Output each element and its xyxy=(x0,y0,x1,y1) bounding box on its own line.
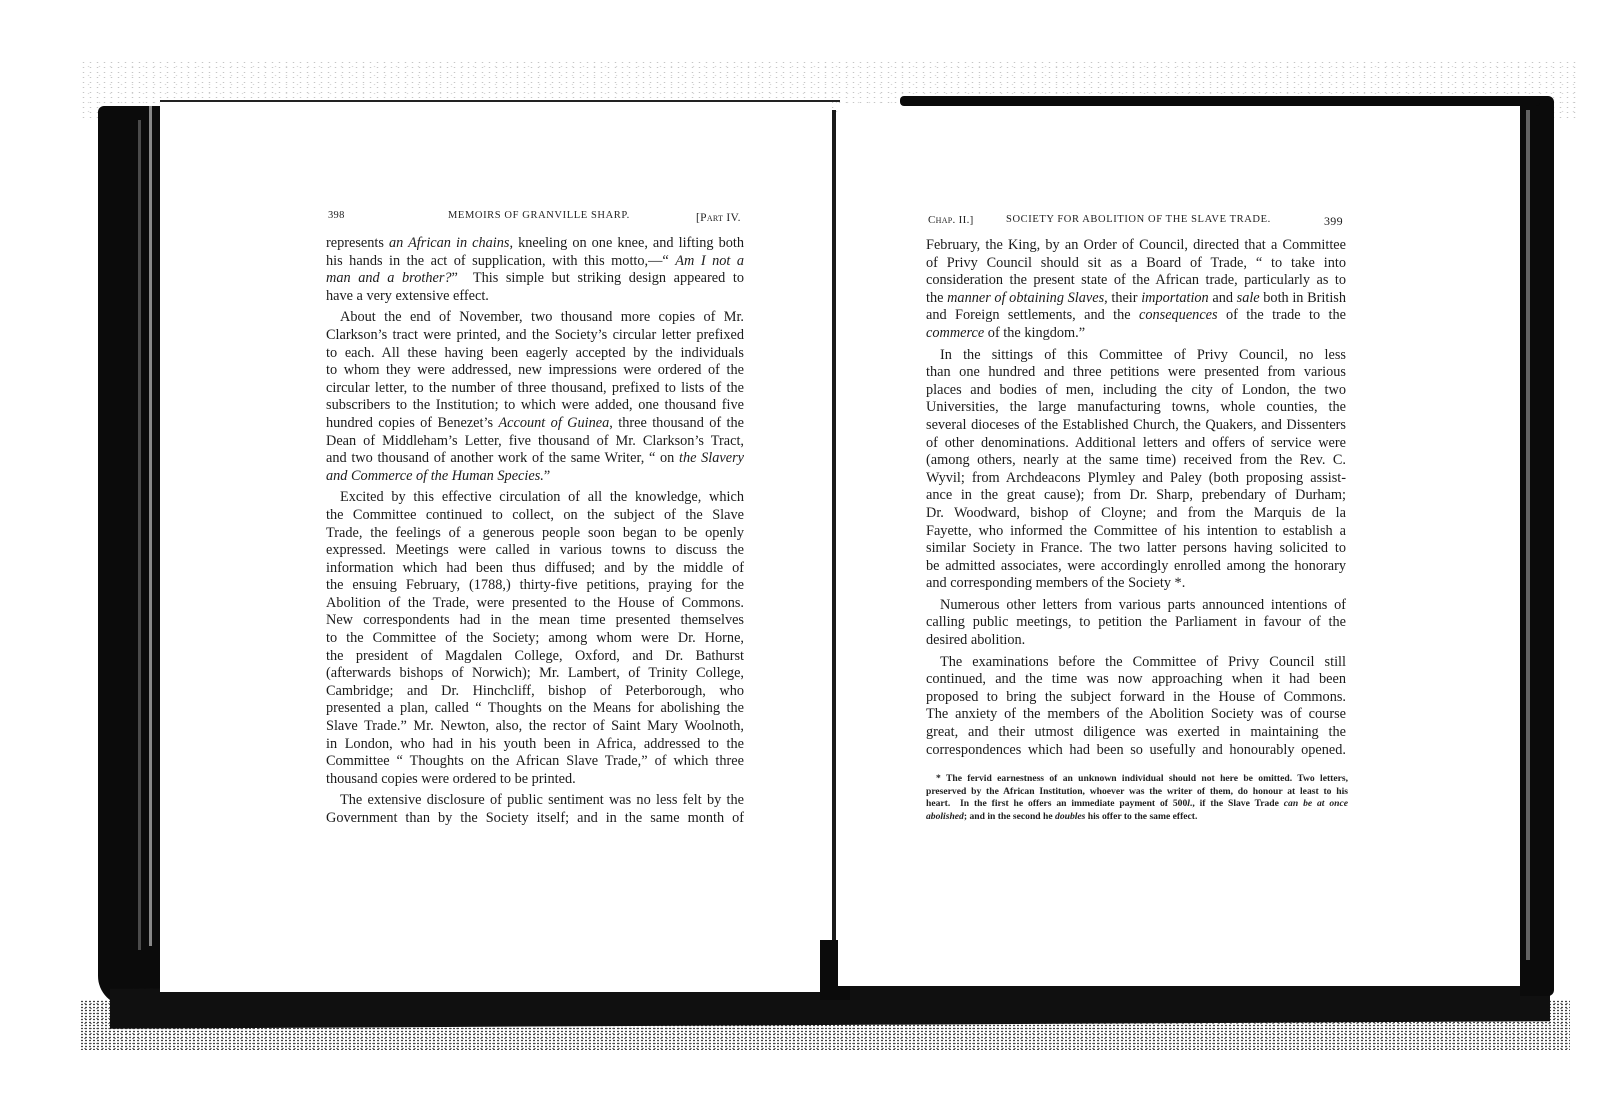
left-running-title: MEMOIRS OF GRANVILLE SHARP. xyxy=(448,210,630,221)
text-line: The anxiety of the members of the Abolit… xyxy=(926,706,1346,724)
text-line: presented a plan, called “ Thoughts on t… xyxy=(326,700,744,718)
text-line: Numerous other letters from various part… xyxy=(926,597,1346,615)
book-left-edge-highlight xyxy=(138,120,141,950)
text-line: to whom they were addressed, new impress… xyxy=(326,362,744,380)
text-line: Fayette, who informed the Committee of h… xyxy=(926,523,1346,541)
text-line: expressed. Meetings were called in vario… xyxy=(326,542,744,560)
text-line: The extensive disclosure of public senti… xyxy=(326,792,744,810)
text-line: circular letter, to the number of three … xyxy=(326,380,744,398)
text-line: proposed to bring the subject forward in… xyxy=(926,689,1346,707)
text-line: February, the King, by an Order of Counc… xyxy=(926,237,1346,255)
text-line: continued, and the time was now approach… xyxy=(926,671,1346,689)
text-line: Universities, the large manufacturing to… xyxy=(926,399,1346,417)
text-line: About the end of November, two thousand … xyxy=(326,309,744,327)
text-line: of other denominations. Additional lette… xyxy=(926,435,1346,453)
text-line: to each. All these having been eagerly a… xyxy=(326,345,744,363)
right-chapter-label: Chap. II.] xyxy=(928,214,974,226)
right-page: Chap. II.] SOCIETY FOR ABOLITION OF THE … xyxy=(838,106,1520,986)
text-line: and Commerce of the Human Species.” xyxy=(326,468,744,486)
text-line: his hands in the act of supplication, wi… xyxy=(326,253,744,271)
text-line: (among others, nearly at the same time) … xyxy=(926,452,1346,470)
text-line: Dean of Middleham’s Letter, five thousan… xyxy=(326,433,744,451)
right-running-title: SOCIETY FOR ABOLITION OF THE SLAVE TRADE… xyxy=(1006,214,1271,225)
left-part-label: [Part IV. xyxy=(696,212,741,224)
text-line: Cambridge; and Dr. Hinchcliff, bishop of… xyxy=(326,683,744,701)
text-line: and two thousand of another work of the … xyxy=(326,450,744,468)
text-line: in London, who had in his youth been in … xyxy=(326,736,744,754)
text-line: great, and their utmost diligence was ex… xyxy=(926,724,1346,742)
text-line: Dr. Woodward, bishop of Cloyne; and from… xyxy=(926,505,1346,523)
right-body-text: February, the King, by an Order of Counc… xyxy=(926,237,1346,759)
text-line: Abolition of the Trade, were presented t… xyxy=(326,595,744,613)
text-line: Slave Trade.” Mr. Newton, also, the rect… xyxy=(326,718,744,736)
text-line: Trade, the feelings of a generous people… xyxy=(326,525,744,543)
text-line: commerce of the kingdom.” xyxy=(926,325,1346,343)
text-line: calling public meetings, to petition the… xyxy=(926,614,1346,632)
text-line: hundred copies of Benezet’s Account of G… xyxy=(326,415,744,433)
text-line: thousand copies were ordered to be print… xyxy=(326,771,744,789)
text-line: correspondences which had been so useful… xyxy=(926,742,1346,760)
left-page-number: 398 xyxy=(328,210,345,221)
right-page-number: 399 xyxy=(1324,214,1343,229)
text-line: and Foreign settlements, and the consequ… xyxy=(926,307,1346,325)
text-line: subscribers to the Institution; to which… xyxy=(326,397,744,415)
text-line: Committee “ Thoughts on the African Slav… xyxy=(326,753,744,771)
footnote-line: abolished; and in the second he doubles … xyxy=(926,811,1348,824)
text-line: several dioceses of the Established Chur… xyxy=(926,417,1346,435)
text-line: man and a brother?” This simple but stri… xyxy=(326,270,744,288)
text-line: Wyvil; from Archdeacons Plymley and Pale… xyxy=(926,470,1346,488)
text-line: similar Society in France. The two latte… xyxy=(926,540,1346,558)
book-spine xyxy=(832,110,836,990)
text-line: In the sittings of this Committee of Pri… xyxy=(926,347,1346,365)
text-line: to the Committee of the Society; among w… xyxy=(326,630,744,648)
left-page: 398 MEMOIRS OF GRANVILLE SHARP. [Part IV… xyxy=(160,102,832,992)
text-line: consideration the present state of the A… xyxy=(926,272,1346,290)
text-line: (afterwards bishops of Norwich); Mr. Lam… xyxy=(326,665,744,683)
text-line: ance in the great cause); from Dr. Sharp… xyxy=(926,487,1346,505)
book-right-edge-highlight xyxy=(1526,110,1530,960)
text-line: information which had been thus diffused… xyxy=(326,560,744,578)
text-line: the ensuing February, (1788,) thirty-fiv… xyxy=(326,577,744,595)
text-line: The examinations before the Committee of… xyxy=(926,654,1346,672)
text-line: have a very extensive effect. xyxy=(326,288,744,306)
footnote-line: heart. In the first he offers an immedia… xyxy=(926,798,1348,811)
text-line: Clarkson’s tract were printed, and the S… xyxy=(326,327,744,345)
text-line: the president of Magdalen College, Oxfor… xyxy=(326,648,744,666)
text-line: the Committee continued to collect, on t… xyxy=(326,507,744,525)
text-line: than one hundred and three petitions wer… xyxy=(926,364,1346,382)
footnote-line: preserved by the African Institution, wh… xyxy=(926,786,1348,799)
footnote-line: * The fervid earnestness of an unknown i… xyxy=(926,773,1348,786)
footnote: * The fervid earnestness of an unknown i… xyxy=(926,773,1348,823)
text-line: Excited by this effective circulation of… xyxy=(326,489,744,507)
text-line: New correspondents had in the mean time … xyxy=(326,612,744,630)
text-line: desired abolition. xyxy=(926,632,1346,650)
book-top-right-edge xyxy=(900,96,1540,106)
text-line: Government than by the Society itself; a… xyxy=(326,810,744,828)
book-left-edge xyxy=(98,106,160,1006)
left-body-text: represents an African in chains, kneelin… xyxy=(326,235,744,828)
text-line: the manner of obtaining Slaves, their im… xyxy=(926,290,1346,308)
text-line: and corresponding members of the Society… xyxy=(926,575,1346,593)
text-line: represents an African in chains, kneelin… xyxy=(326,235,744,253)
text-line: be admitted associates, were accordingly… xyxy=(926,558,1346,576)
text-line: places and bodies of men, including the … xyxy=(926,382,1346,400)
text-line: of Privy Council should sit as a Board o… xyxy=(926,255,1346,273)
